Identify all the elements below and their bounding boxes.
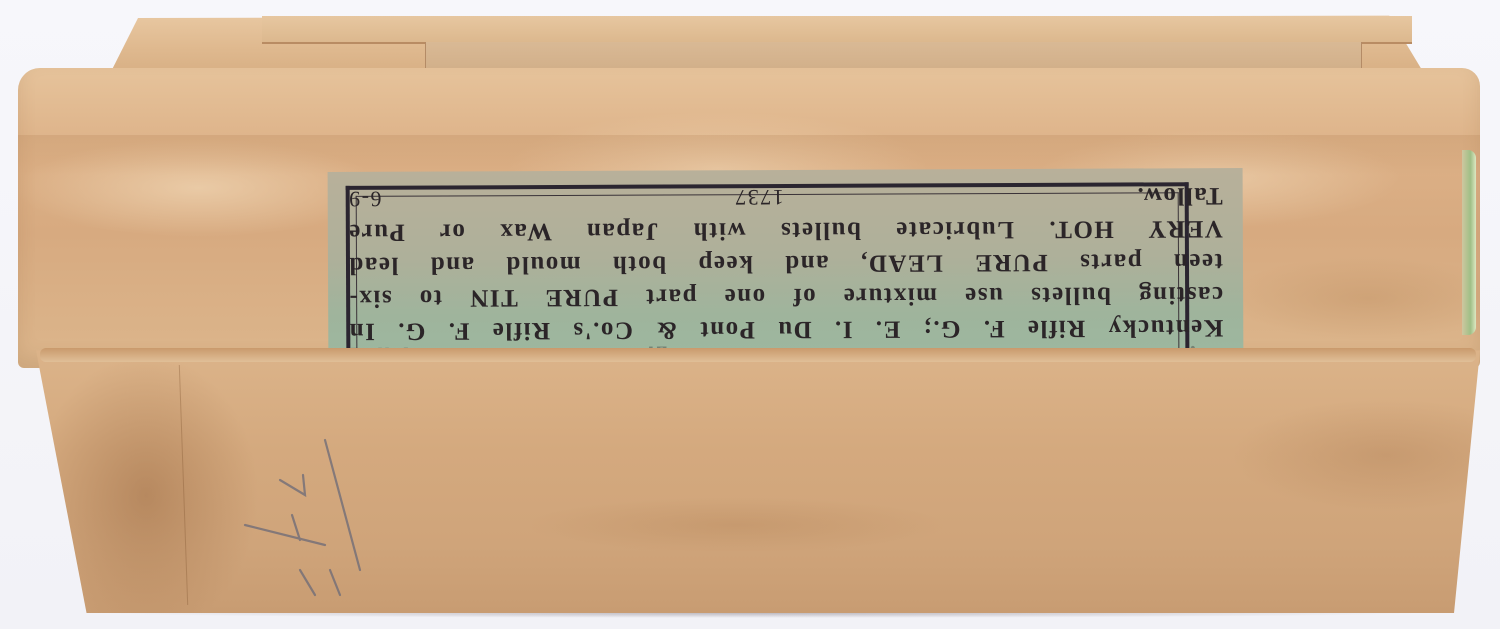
label-text-block: …; … …er Co.'s Kentucky Rifle F. G.; E. …: [348, 178, 1224, 364]
label-line-1: Kentucky Rifle F. G.; E. I. Du Pont & Co…: [348, 311, 1223, 348]
label-line-5: Tallow. 1737 6-9: [348, 179, 1223, 216]
label-tallow: Tallow.: [1136, 179, 1223, 212]
box-label: …; … …er Co.'s Kentucky Rifle F. G.; E. …: [328, 168, 1244, 364]
box-lid-inner-flap: [425, 42, 1362, 69]
photo-scene: …; … …er Co.'s Kentucky Rifle F. G.; E. …: [0, 0, 1500, 629]
label-date: 6-9: [348, 183, 382, 216]
box-lid-fold: [18, 135, 1480, 175]
pencil-marking-icon: [230, 420, 380, 600]
box-sleeve-rim: [40, 348, 1476, 362]
box-lid-top-flap: [262, 16, 1412, 44]
box-green-edge: [1462, 150, 1476, 335]
label-code: 1737: [734, 181, 784, 214]
label-line-4: VERY HOT. Lubricate bullets with Japan W…: [348, 212, 1223, 249]
label-line-2: casting bullets use mixture of one part …: [348, 278, 1223, 315]
label-line-3: teen parts PURE LEAD, and keep both moul…: [348, 245, 1223, 282]
